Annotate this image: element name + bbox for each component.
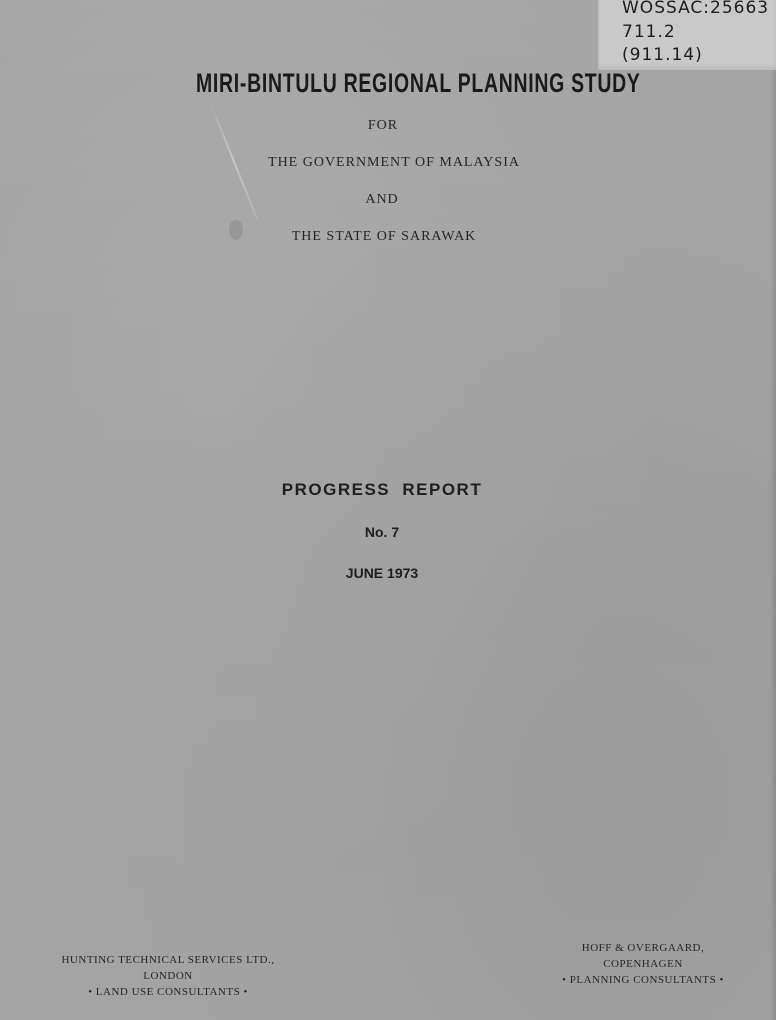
consultant-left-city: LONDON: [40, 968, 296, 984]
report-date: JUNE 1973: [0, 565, 770, 581]
document-title: MIRI-BINTULU REGIONAL PLANNING STUDY: [196, 68, 568, 99]
consultant-right-role: • PLANNING CONSULTANTS •: [528, 972, 758, 988]
report-number: No. 7: [0, 524, 770, 540]
catalog-id: WOSSAC:25663: [622, 0, 769, 17]
consultant-left: HUNTING TECHNICAL SERVICES LTD., LONDON …: [40, 952, 296, 1000]
consultant-right-company: HOFF & OVERGAARD,: [528, 940, 758, 956]
consultant-left-company: HUNTING TECHNICAL SERVICES LTD.,: [40, 952, 296, 968]
client-government: THE GOVERNMENT OF MALAYSIA: [6, 155, 776, 171]
client-state: THE STATE OF SARAWAK: [0, 229, 772, 245]
consultant-right: HOFF & OVERGAARD, COPENHAGEN • PLANNING …: [528, 940, 758, 988]
document-cover-page: WOSSAC:25663 711.2 (911.14) MIRI-BINTULU…: [0, 0, 776, 1020]
catalog-class-number: 711.2: [622, 24, 676, 41]
catalog-sub-number: (911.14): [622, 47, 703, 64]
report-title: PROGRESS REPORT: [0, 480, 770, 500]
consultant-left-role: • LAND USE CONSULTANTS •: [40, 984, 296, 1000]
consultant-right-city: COPENHAGEN: [528, 956, 758, 972]
for-text: FOR: [0, 118, 771, 134]
and-text: AND: [0, 192, 770, 208]
page-edge-shadow: [770, 0, 776, 1020]
